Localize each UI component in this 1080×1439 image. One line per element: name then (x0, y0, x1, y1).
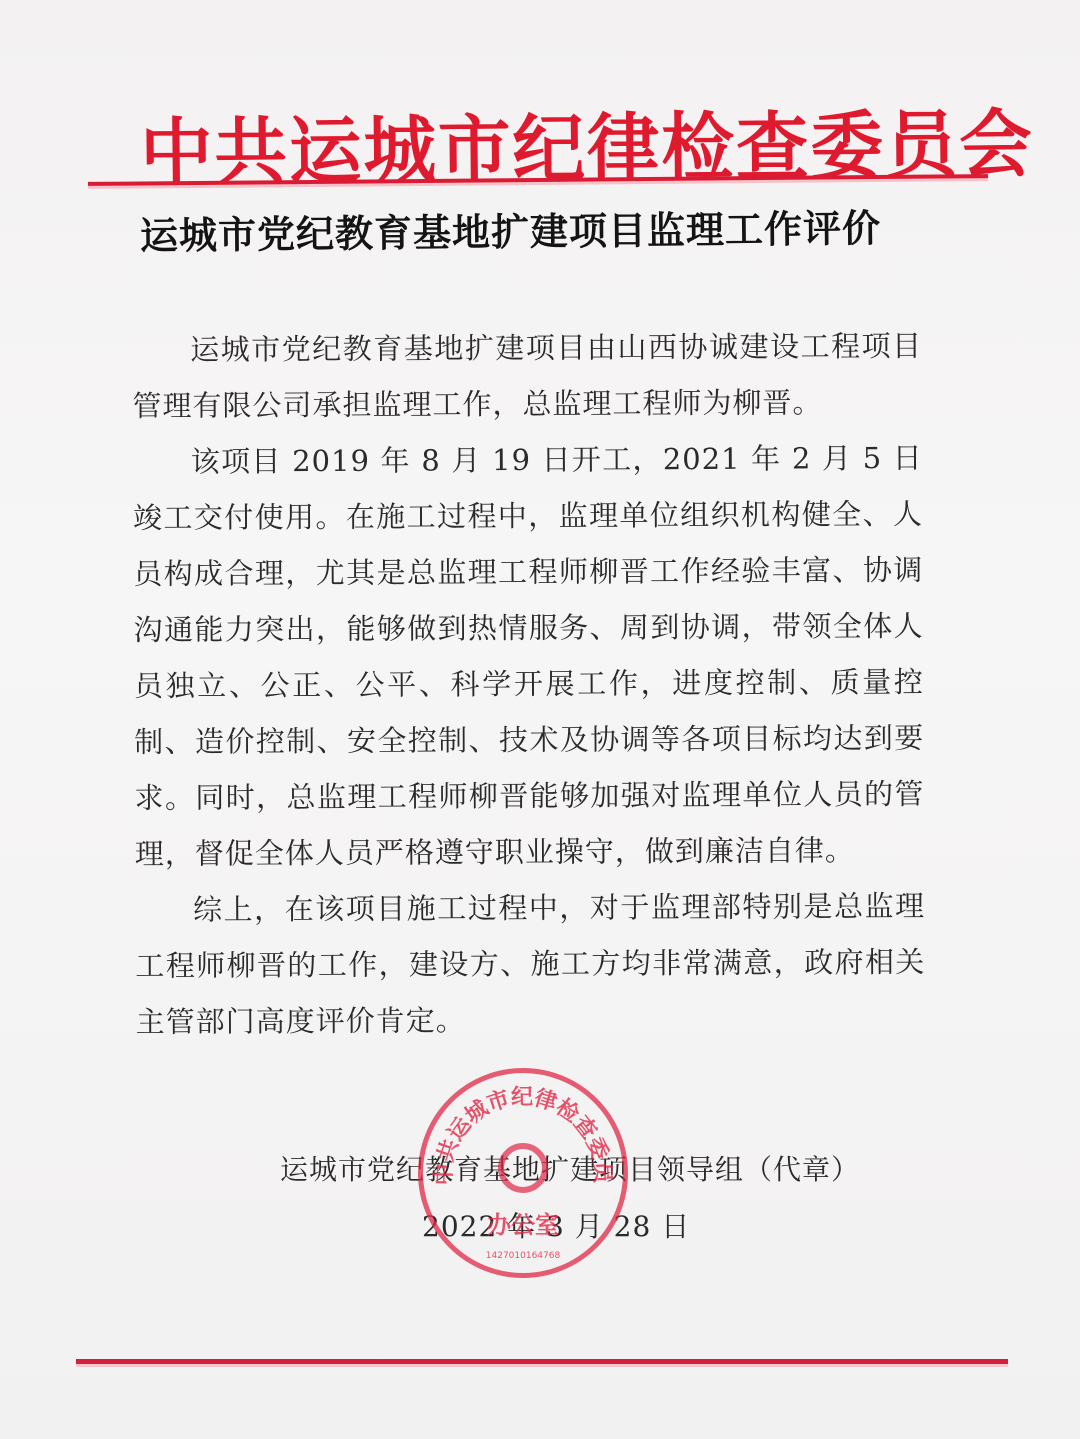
body-paragraph: 该项目 2019 年 8 月 19 日开工，2021 年 2 月 5 日竣工交付… (133, 430, 925, 882)
body-paragraph: 运城市党纪教育基地扩建项目由山西协诚建设工程项目管理有限公司承担监理工作，总监理… (132, 318, 923, 434)
red-rule-bottom (76, 1359, 1008, 1364)
seal-serial: 1427010164768 (486, 1251, 561, 1261)
document-title: 运城市党纪教育基地扩建项目监理工作评价 (140, 197, 941, 260)
signature-date: 2022 年 3 月 28 日 (422, 1205, 690, 1245)
signature-issuer: 运城市党纪教育基地扩建项目领导组（代章） (280, 1148, 860, 1188)
document-body: 运城市党纪教育基地扩建项目由山西协诚建设工程项目管理有限公司承担监理工作，总监理… (132, 318, 926, 1050)
body-paragraph: 综上，在该项目施工过程中，对于监理部特别是总监理工程师柳晋的工作，建设方、施工方… (135, 878, 926, 1050)
